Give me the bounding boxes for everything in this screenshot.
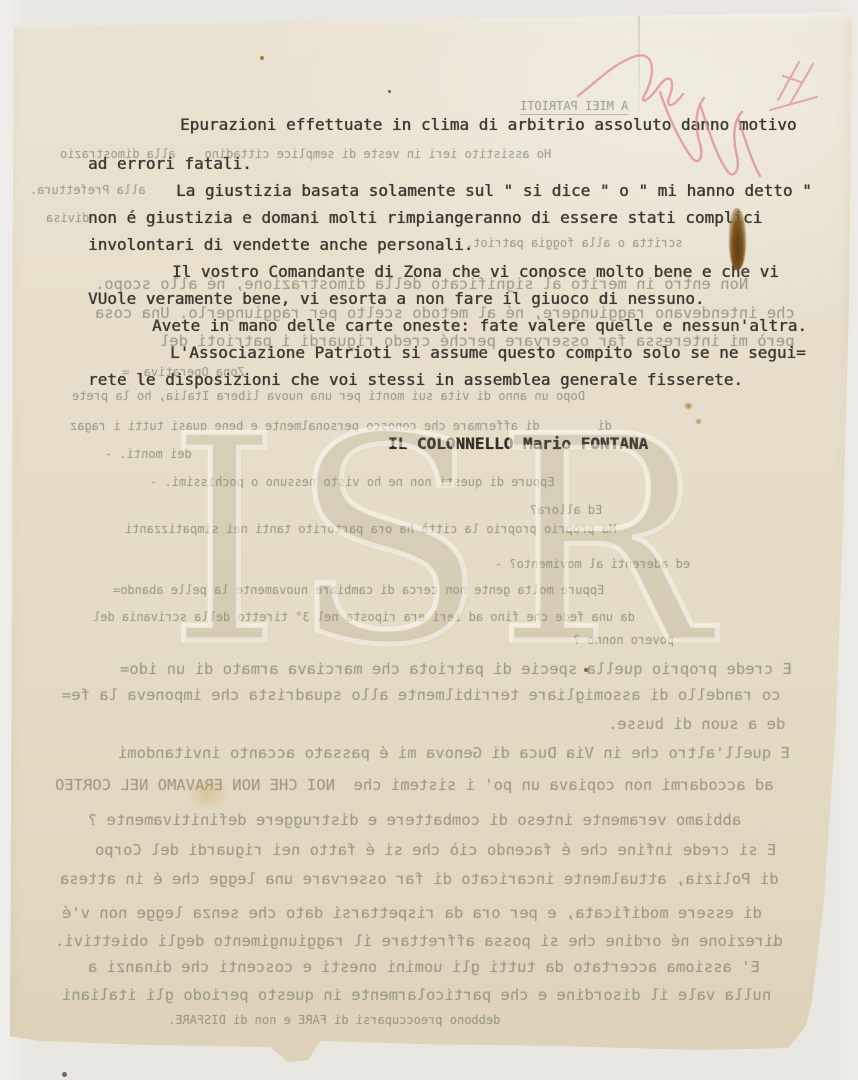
ghost-bleedthrough-line: Ed allora? [530,504,602,516]
paper-speck [388,90,391,93]
ghost-bleedthrough-line: Ma proprio proprio la città ha ora parto… [125,523,616,535]
ghost-bleedthrough-line: divisa [46,212,89,224]
paper-speck [260,56,264,60]
ghost-bleedthrough-line: di Polizia, attualmente incaricato di fa… [60,872,779,888]
typed-text-line: Il vostro Comandante di Zona che vi cono… [172,264,779,280]
ghost-bleedthrough-line: di essere modificata, e per ora da rispe… [62,906,762,922]
typed-text-line: non é giustizia e domani molti rimpiange… [88,210,762,226]
ghost-bleedthrough-line: Eppure molta gente non cerca di cambiare… [113,584,604,596]
paper-speck [584,668,588,672]
scanned-document-page: A MIEI PATRIOTIHo assistito ieri in vest… [0,0,858,1080]
typed-text-line: L'Associazione Patrioti si assume questo… [170,345,806,361]
ghost-bleedthrough-line: scritta o alla foggia patriot. [466,237,683,249]
ghost-bleedthrough-line: E crede proprio quella specie di patriot… [120,662,792,678]
paper-crease [638,16,640,126]
paper-speck [772,942,778,947]
typed-text-line: rete le disposizioni che voi stessi in a… [88,372,743,388]
ghost-bleedthrough-line: E' assioma accertato da tutti gli uomini… [88,960,760,976]
typed-text-line: involontari di vendette anche personali. [88,237,473,253]
typed-text-line: VUole veramente bene, vi esorta a non fa… [88,291,705,307]
red-pencil-corner-mark [770,62,817,110]
ghost-bleedthrough-line: ad accodarmi non copiava un po' i sistem… [55,778,774,794]
ghost-bleedthrough-line: alla Prefettura. [30,184,146,196]
ghost-bleedthrough-line: E quell'altro che in Via Duca di Genova … [118,746,790,762]
ghost-bleedthrough-line: da una fede che fino ad ieri era riposta… [93,611,635,623]
typed-text-line: IL COLONNELLO Mario FONTANA [388,436,648,452]
ghost-bleedthrough-line: povero nonno ? [573,634,674,646]
ghost-bleedthrough-line: E si crede infine che é facendo ciò che … [95,843,776,859]
ghost-bleedthrough-line: de a suon di busse. [608,717,785,733]
typed-text-line: La giustizia basata solamente sul " si d… [176,183,812,199]
rust-spot [684,402,693,410]
ink-stain [729,208,746,270]
typed-text-line: ad errori fatali. [88,156,252,172]
typed-text-line: Epurazioni effettuate in clima di arbitr… [180,117,797,133]
ghost-bleedthrough-line: dei monti. - [105,448,192,460]
ghost-bleedthrough-line: abbiamo veramente inteso di combattere e… [88,813,741,829]
ghost-bleedthrough-line: Dopo un anno di vita sui monti per una n… [72,390,585,402]
ghost-bleedthrough-line: ed aderenti al movimento? - [495,558,690,570]
ghost-bleedthrough-line: co randello di assomigliare terribilment… [62,688,781,704]
foxing-blotch [185,775,229,811]
ghost-bleedthrough-line: Eppure di questi non ne ho visto nessuno… [150,476,555,488]
ghost-bleedthrough-line: A MIEI PATRIOTI [520,100,628,115]
ghost-bleedthrough-line: direzione né ordine che si possa affrett… [55,934,783,950]
ghost-bleedthrough-line: debbono preoccuparsi di FARE e non di DI… [168,1014,500,1026]
rust-spot [695,418,702,425]
ghost-bleedthrough-line: nulla vale il disordine e che particolar… [62,988,771,1004]
scanner-speck [62,1072,67,1077]
typed-text-line: Avete in mano delle carte oneste: fate v… [152,318,807,334]
ghost-bleedthrough-line: di di affermare che conosco personalment… [70,420,612,432]
paper-sheet: A MIEI PATRIOTIHo assistito ieri in vest… [0,0,858,1080]
